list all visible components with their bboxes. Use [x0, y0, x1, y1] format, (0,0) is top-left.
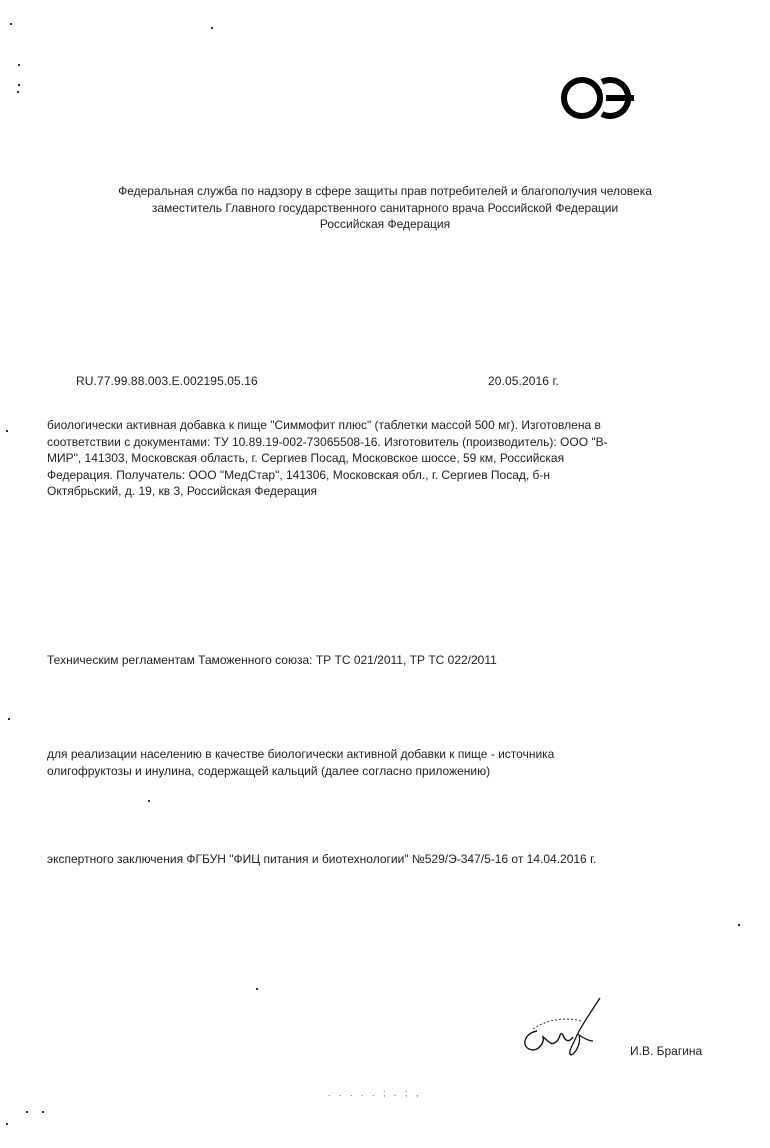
expert-conclusion: экспертного заключения ФГБУН "ФИЦ питани…: [47, 851, 747, 868]
product-line: Октябрьский, д. 19, кв 3, Российская Фед…: [47, 483, 747, 500]
scan-speck: [6, 1123, 8, 1125]
scan-speck: [8, 718, 10, 720]
usage-line: для реализации населению в качестве биол…: [47, 746, 747, 763]
header-line-2: заместитель Главного государственного са…: [40, 200, 730, 217]
product-description: биологически активная добавка к пище "Си…: [47, 417, 747, 500]
scan-speck: [26, 1111, 28, 1113]
se-logo-icon: [556, 70, 646, 130]
scan-speck: [256, 988, 258, 990]
scan-speck: [18, 84, 20, 86]
usage-scope: для реализации населению в качестве биол…: [47, 746, 747, 779]
footer-scan-mark: . . . . . ; . ; ,: [328, 1088, 422, 1098]
product-line: биологически активная добавка к пище "Си…: [47, 417, 747, 434]
expert-conclusion-text: экспертного заключения ФГБУН "ФИЦ питани…: [47, 851, 747, 868]
regulations-text: Техническим регламентам Таможенного союз…: [47, 652, 747, 669]
usage-line: олигофруктозы и инулина, содержащей каль…: [47, 763, 747, 780]
header-line-3: Российская Федерация: [40, 216, 730, 233]
handwritten-signature-icon: [515, 995, 615, 1060]
header-line-1: Федеральная служба по надзору в сфере за…: [40, 183, 730, 200]
scan-speck: [42, 1111, 44, 1113]
product-line: МИР", 141303, Московская область, г. Сер…: [47, 450, 747, 467]
scan-speck: [6, 430, 8, 432]
registration-number: RU.77.99.88.003.Е.002195.05.16: [76, 373, 258, 389]
issuing-authority-header: Федеральная служба по надзору в сфере за…: [40, 183, 730, 233]
scan-speck: [738, 924, 740, 926]
scan-speck: [211, 27, 213, 29]
technical-regulations: Техническим регламентам Таможенного союз…: [47, 652, 747, 669]
product-line: Федерация. Получатель: ООО "МедСтар", 14…: [47, 467, 747, 484]
scan-speck: [17, 91, 19, 93]
signer-name: И.В. Брагина: [630, 1044, 702, 1058]
scan-speck: [148, 800, 150, 802]
scan-speck: [18, 64, 20, 66]
product-line: соответствии с документами: ТУ 10.89.19-…: [47, 434, 747, 451]
scan-speck: [10, 23, 12, 25]
registration-date: 20.05.2016 г.: [488, 373, 559, 389]
signature: [515, 995, 615, 1060]
certificate-logo: [556, 70, 646, 130]
